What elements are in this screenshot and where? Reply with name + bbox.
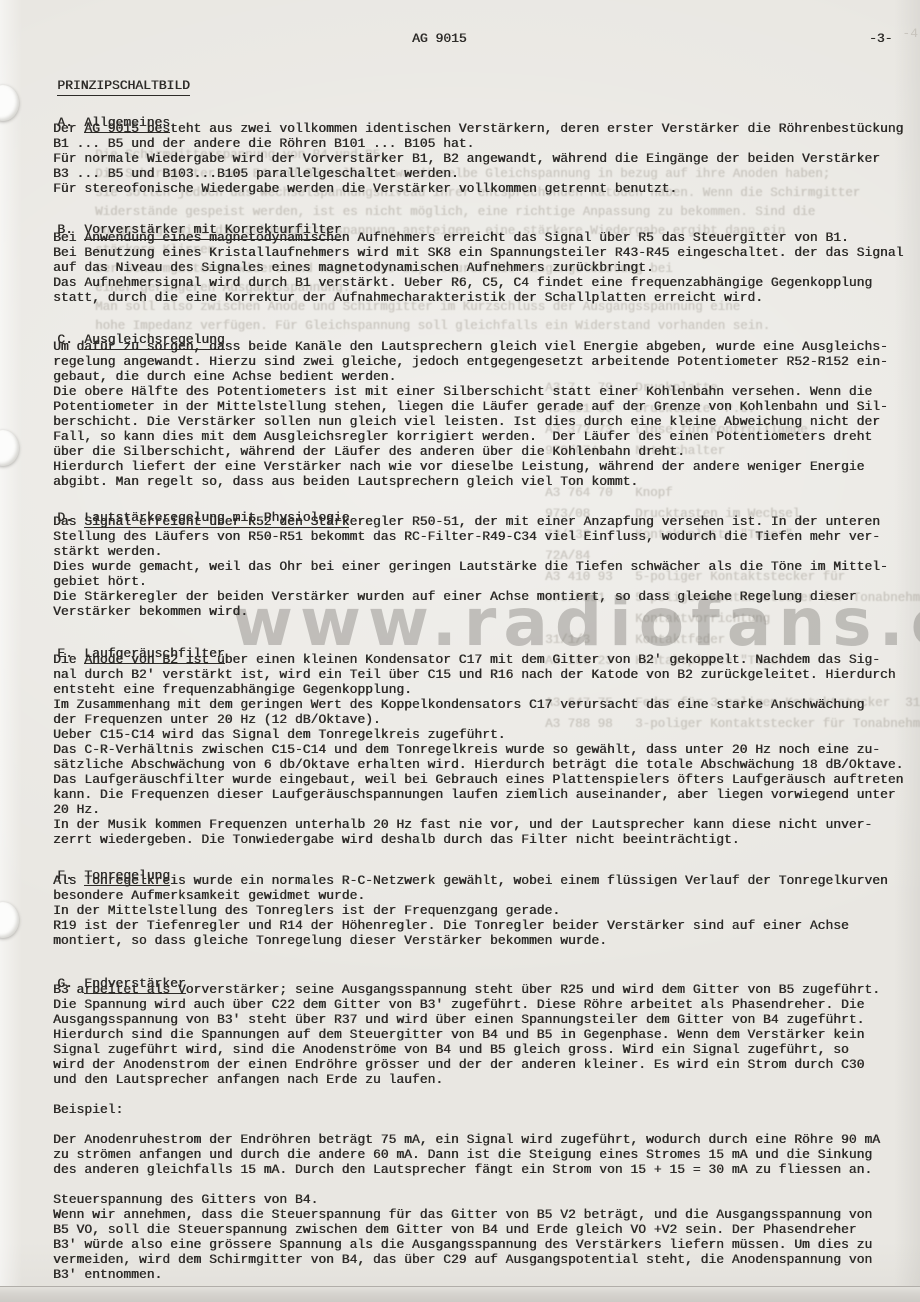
- text-line: Signal zugeführt wird, sind die Anodenst…: [53, 1042, 880, 1057]
- punch-hole: [0, 430, 19, 466]
- text-line: zu strömen anfangen und durch die andere…: [53, 1147, 880, 1162]
- text-line: regelung angewandt. Hierzu sind zwei gle…: [53, 354, 888, 369]
- text-line: gebiet hört.: [53, 574, 888, 589]
- section-f-body: Als Tonregelkreis wurde ein normales R-C…: [53, 873, 888, 948]
- text-line: Die Anode von B2 ist über einen kleinen …: [53, 652, 903, 667]
- manual-page: Die Schirmgitterspannung von B4 und B5.D…: [0, 0, 920, 1302]
- text-line: Das C-R-Verhältnis zwischen C15-C14 und …: [53, 742, 903, 757]
- text-line: Der Anodenruhestrom der Endröhren beträg…: [53, 1132, 880, 1147]
- text-line: des anderen gleichfalls 15 mA. Durch den…: [53, 1162, 880, 1177]
- text-line: nal durch B2' verstärkt ist, wird ein Te…: [53, 667, 903, 682]
- text-line: berschicht. Die Verstärker sollen nun gl…: [53, 414, 888, 429]
- text-line: Hierdurch sind die Spannungen auf dem St…: [53, 1027, 880, 1042]
- section-e-body: Die Anode von B2 ist über einen kleinen …: [53, 652, 903, 847]
- text-line: R19 ist der Tiefenregler und R14 der Höh…: [53, 918, 888, 933]
- text-line: der Frequenzen unter 20 Hz (12 dB/Oktave…: [53, 712, 903, 727]
- text-line: gebaut, die durch eine Achse bedient wer…: [53, 369, 888, 384]
- text-line: Im Zusammenhang mit dem geringen Wert de…: [53, 697, 903, 712]
- text-line: Um dafür zu sorgen, dass beide Kanäle de…: [53, 339, 888, 354]
- text-line: Stellung des Läufers von R50-R51 bekommt…: [53, 529, 888, 544]
- punch-hole: [0, 85, 19, 121]
- bleedthrough-corner-page-number: -4: [902, 26, 918, 41]
- text-line: sätzliche Abschwächung von 6 db/Oktave e…: [53, 757, 903, 772]
- text-line: zerrt wiedergeben. Die Tonwiedergabe wir…: [53, 832, 903, 847]
- text-line: Ausgangsspannung von B3' steht über R37 …: [53, 1012, 880, 1027]
- text-line: Das Aufnehmersignal wird durch B1 verstä…: [53, 275, 903, 290]
- text-line: Die Stärkeregler der beiden Verstärker w…: [53, 589, 888, 604]
- text-line: statt, durch die eine Korrektur der Aufn…: [53, 290, 903, 305]
- text-line: Dies wurde gemacht, weil das Ohr bei ein…: [53, 559, 888, 574]
- text-line: montiert, so dass gleiche Tonregelung di…: [53, 933, 888, 948]
- text-line: kann. Die Frequenzen dieser Laufgeräusch…: [53, 787, 903, 802]
- page-number: -3-: [869, 31, 892, 46]
- text-line: besondere Aufmerksamkeit gewidmet wurde.: [53, 888, 888, 903]
- text-line: wird der Anodenstrom der einen Endröhre …: [53, 1057, 880, 1072]
- text-line: auf das Niveau des Signales eines magnet…: [53, 260, 903, 275]
- text-line: B3' entnommen.: [53, 1267, 880, 1282]
- text-line: Fall, so kann dies mit dem Ausgleichsreg…: [53, 429, 888, 444]
- text-line: Für stereofonische Wiedergabe werden die…: [53, 181, 903, 196]
- section-a-body: Der AG 9015 besteht aus zwei vollkommen …: [53, 121, 903, 196]
- text-line: vermeiden, wird dem Schirmgitter von B4,…: [53, 1252, 880, 1267]
- text-line: Bei Benutzung eines Kristallaufnehmers w…: [53, 245, 903, 260]
- text-line: B3 arbeitet als Vorverstärker; seine Aus…: [53, 982, 880, 997]
- text-line: entsteht eine frequenzabhängige Gegenkop…: [53, 682, 903, 697]
- text-line: In der Musik kommen Frequenzen unterhalb…: [53, 817, 903, 832]
- text-line: und den Lautsprecher anfangen nach Erde …: [53, 1072, 880, 1087]
- text-line: Ueber C15-C14 wird das Signal dem Tonreg…: [53, 727, 903, 742]
- section-b-body: Bei Anwendung eines magnetodynamischen A…: [53, 230, 903, 305]
- text-line: [53, 1117, 880, 1132]
- scan-edge-shadow: [0, 1286, 920, 1302]
- text-line: Das Laufgeräuschfilter wurde eingebaut, …: [53, 772, 903, 787]
- text-line: B5 VO, soll die Steuerspannung zwischen …: [53, 1222, 880, 1237]
- text-line: [53, 1177, 880, 1192]
- document-header-title: AG 9015: [412, 31, 467, 46]
- text-line: Hierdurch liefert der eine Verstärker na…: [53, 459, 888, 474]
- text-line: über die Silberschicht, während der Läuf…: [53, 444, 888, 459]
- punch-hole: [0, 902, 19, 938]
- text-line: abgibt. Man regelt so, dass aus beiden L…: [53, 474, 888, 489]
- text-line: Bei Anwendung eines magnetodynamischen A…: [53, 230, 903, 245]
- page-title-text: PRINZIPSCHALTBILD: [57, 78, 190, 96]
- text-line: Potentiometer in der Mittelstellung steh…: [53, 399, 888, 414]
- text-line: stärkt werden.: [53, 544, 888, 559]
- section-g-body: B3 arbeitet als Vorverstärker; seine Aus…: [53, 982, 880, 1282]
- text-line: Beispiel:: [53, 1102, 880, 1117]
- text-line: B3' würde also eine grössere Spannung al…: [53, 1237, 880, 1252]
- text-line: Als Tonregelkreis wurde ein normales R-C…: [53, 873, 888, 888]
- section-d-body: Das Signal erreicht über R52 den Stärker…: [53, 514, 888, 619]
- text-line: [53, 1087, 880, 1102]
- section-c-body: Um dafür zu sorgen, dass beide Kanäle de…: [53, 339, 888, 489]
- text-line: Für normale Wiedergabe wird der Vorverst…: [53, 151, 903, 166]
- text-line: Verstärker bekommen wird.: [53, 604, 888, 619]
- text-line: Das Signal erreicht über R52 den Stärker…: [53, 514, 888, 529]
- text-line: In der Mittelstellung des Tonreglers ist…: [53, 903, 888, 918]
- text-line: Die Spannung wird auch über C22 dem Gitt…: [53, 997, 880, 1012]
- text-line: Steuerspannung des Gitters von B4.: [53, 1192, 880, 1207]
- text-line: B3 ... B5 und B103...B105 parallelgescha…: [53, 166, 903, 181]
- text-line: Wenn wir annehmen, dass die Steuerspannu…: [53, 1207, 880, 1222]
- text-line: B1 ... B5 und der andere die Röhren B101…: [53, 136, 903, 151]
- text-line: 20 Hz.: [53, 802, 903, 817]
- text-line: Der AG 9015 besteht aus zwei vollkommen …: [53, 121, 903, 136]
- text-line: Die obere Hälfte des Potentiometers ist …: [53, 384, 888, 399]
